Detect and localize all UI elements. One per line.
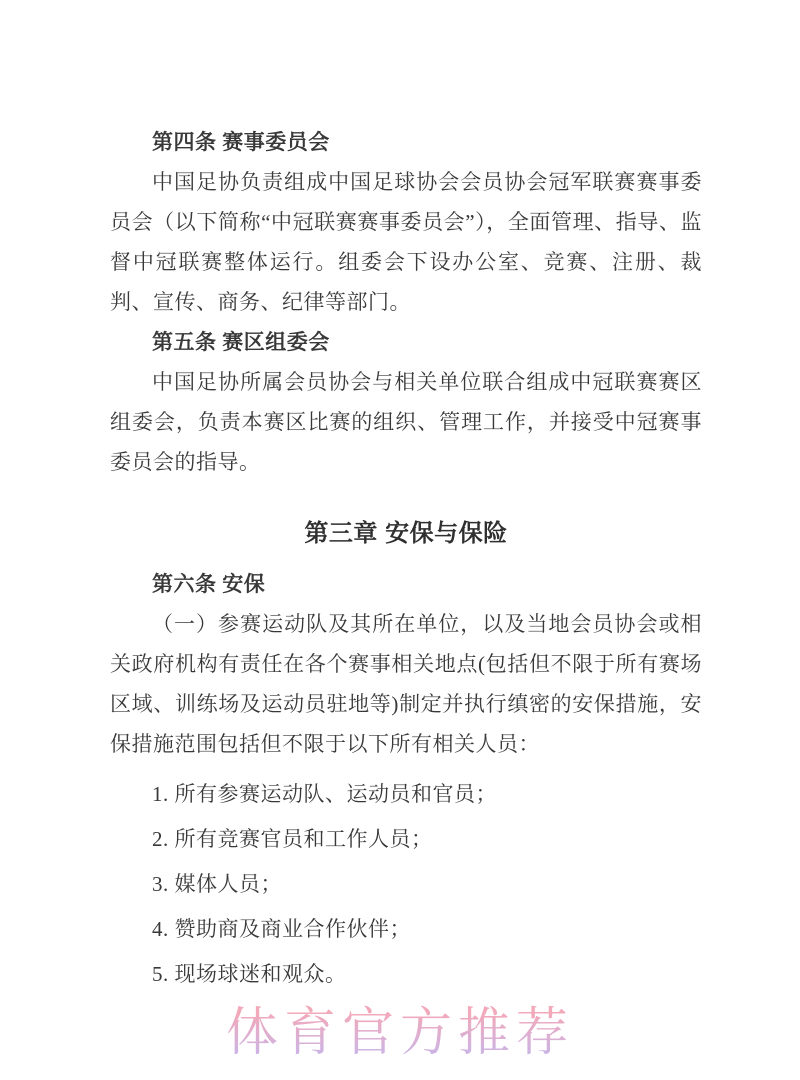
list-item-4: 4. 赞助商及商业合作伙伴； [110, 907, 702, 952]
watermark-text: 体育官方推荐 [0, 1002, 800, 1066]
list-item-2: 2. 所有竞赛官员和工作人员； [110, 817, 702, 862]
list-item-5: 5. 现场球迷和观众。 [110, 952, 702, 997]
document-page: 第四条 赛事委员会 中国足协负责组成中国足球协会会员协会冠军联赛赛事委员会（以下… [0, 0, 800, 1080]
article-heading-6: 第六条 安保 [110, 564, 702, 604]
document-body: 第四条 赛事委员会 中国足协负责组成中国足球协会会员协会冠军联赛赛事委员会（以下… [110, 122, 702, 997]
paragraph-article-5: 中国足协所属会员协会与相关单位联合组成中冠联赛赛区组委会，负责本赛区比赛的组织、… [110, 362, 702, 482]
list-item-1: 1. 所有参赛运动队、运动员和官员； [110, 772, 702, 817]
list-item-3: 3. 媒体人员； [110, 862, 702, 907]
paragraph-article-4: 中国足协负责组成中国足球协会会员协会冠军联赛赛事委员会（以下简称“中冠联赛赛事委… [110, 162, 702, 322]
paragraph-article-6: （一）参赛运动队及其所在单位，以及当地会员协会或相关政府机构有责任在各个赛事相关… [110, 604, 702, 764]
article-heading-5: 第五条 赛区组委会 [110, 322, 702, 362]
security-personnel-list: 1. 所有参赛运动队、运动员和官员； 2. 所有竞赛官员和工作人员； 3. 媒体… [110, 772, 702, 997]
article-heading-4: 第四条 赛事委员会 [110, 122, 702, 162]
chapter-heading-3: 第三章 安保与保险 [110, 512, 702, 556]
